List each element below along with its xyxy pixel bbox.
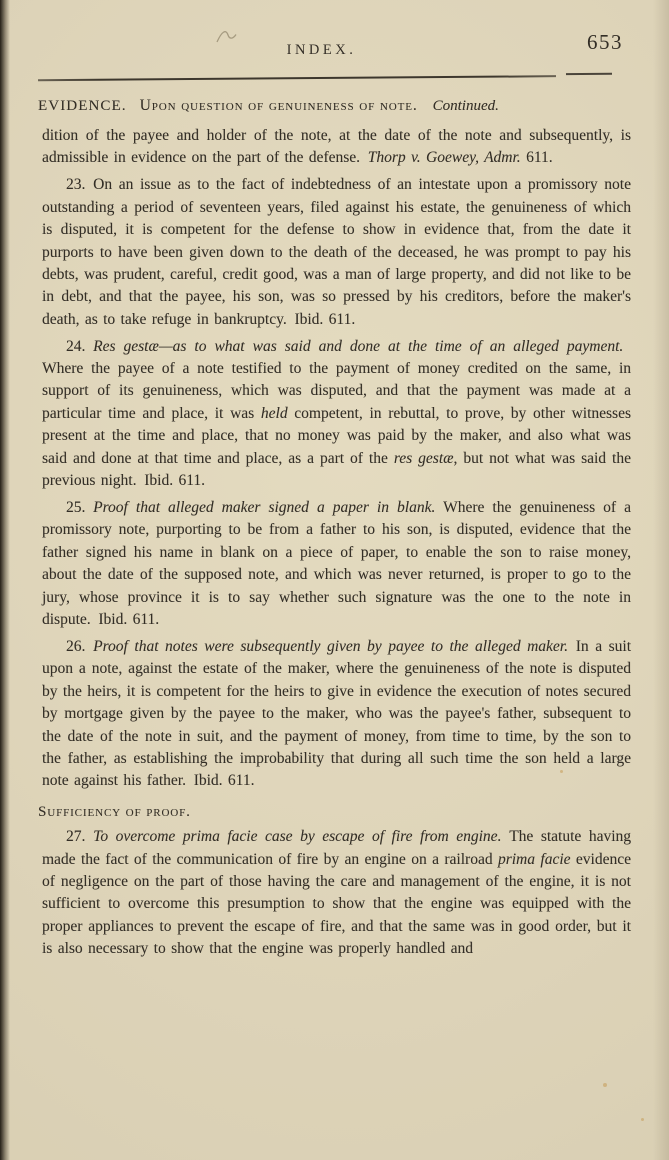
italic-text-segment: Res gestæ—as to what was said and done a… xyxy=(93,338,623,355)
header-rule xyxy=(38,71,612,83)
page-right-edge-shade xyxy=(653,0,669,1160)
running-title: INDEX. xyxy=(0,42,643,59)
foxing-speck xyxy=(641,1118,644,1121)
italic-text-segment: Proof that notes were subsequently given… xyxy=(93,638,568,655)
foxing-speck xyxy=(603,1083,607,1087)
text-segment: In a suit upon a note, against the estat… xyxy=(42,638,631,789)
index-paragraph: 24. Res gestæ—as to what was said and do… xyxy=(42,336,631,493)
index-paragraph: 27. To overcome prima facie case by esca… xyxy=(42,826,631,960)
text-segment: Where the genuineness of a promissory no… xyxy=(42,499,631,628)
page-number: 653 xyxy=(587,30,623,55)
index-paragraph: 26. Proof that notes were subsequently g… xyxy=(42,636,631,793)
entry-subterm: Upon question of genuineness of note. xyxy=(140,97,418,114)
italic-text-segment: held xyxy=(261,405,288,422)
italic-text-segment: To overcome prima facie case by escape o… xyxy=(93,828,501,845)
italic-text-segment: Proof that alleged maker signed a paper … xyxy=(93,499,435,516)
index-paragraph: 23. On an issue as to the fact of indebt… xyxy=(42,174,631,331)
subsection-heading: Sufficiency of proof. xyxy=(38,801,631,823)
index-paragraph: dition of the payee and holder of the no… xyxy=(42,125,631,170)
text-segment: 27. xyxy=(66,828,93,845)
italic-text-segment: Thorp v. Goewey, Admr. xyxy=(368,149,521,166)
text-segment: 24. xyxy=(66,338,93,355)
text-segment: 23. On an issue as to the fact of indebt… xyxy=(42,176,631,327)
text-segment: 26. xyxy=(66,638,93,655)
index-paragraph: 25. Proof that alleged maker signed a pa… xyxy=(42,497,631,631)
page-body: dition of the payee and holder of the no… xyxy=(42,125,631,965)
italic-text-segment: res gestæ xyxy=(394,450,454,467)
italic-text-segment: prima facie xyxy=(498,851,571,868)
page-left-edge-shadow xyxy=(0,0,10,1160)
entry-term: EVIDENCE. xyxy=(38,98,127,114)
text-segment: 25. xyxy=(66,499,93,516)
header-rule-end xyxy=(566,73,612,75)
entry-continued-label: Continued. xyxy=(433,98,499,114)
header-rule-main xyxy=(38,75,556,81)
book-page: INDEX. 653 EVIDENCE.Upon question of gen… xyxy=(0,0,669,1160)
text-segment: 611. xyxy=(521,149,553,166)
entry-heading: EVIDENCE.Upon question of genuineness of… xyxy=(38,97,639,115)
